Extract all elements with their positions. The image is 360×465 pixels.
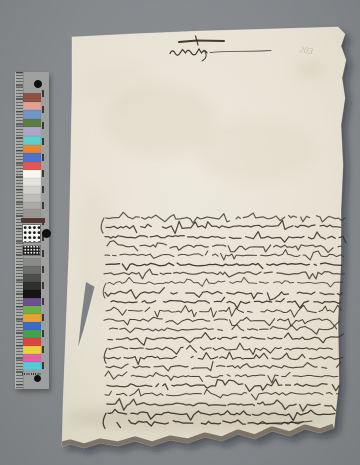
photo-background: 203 bbox=[0, 0, 360, 465]
manuscript-photo: 203 bbox=[0, 0, 360, 465]
